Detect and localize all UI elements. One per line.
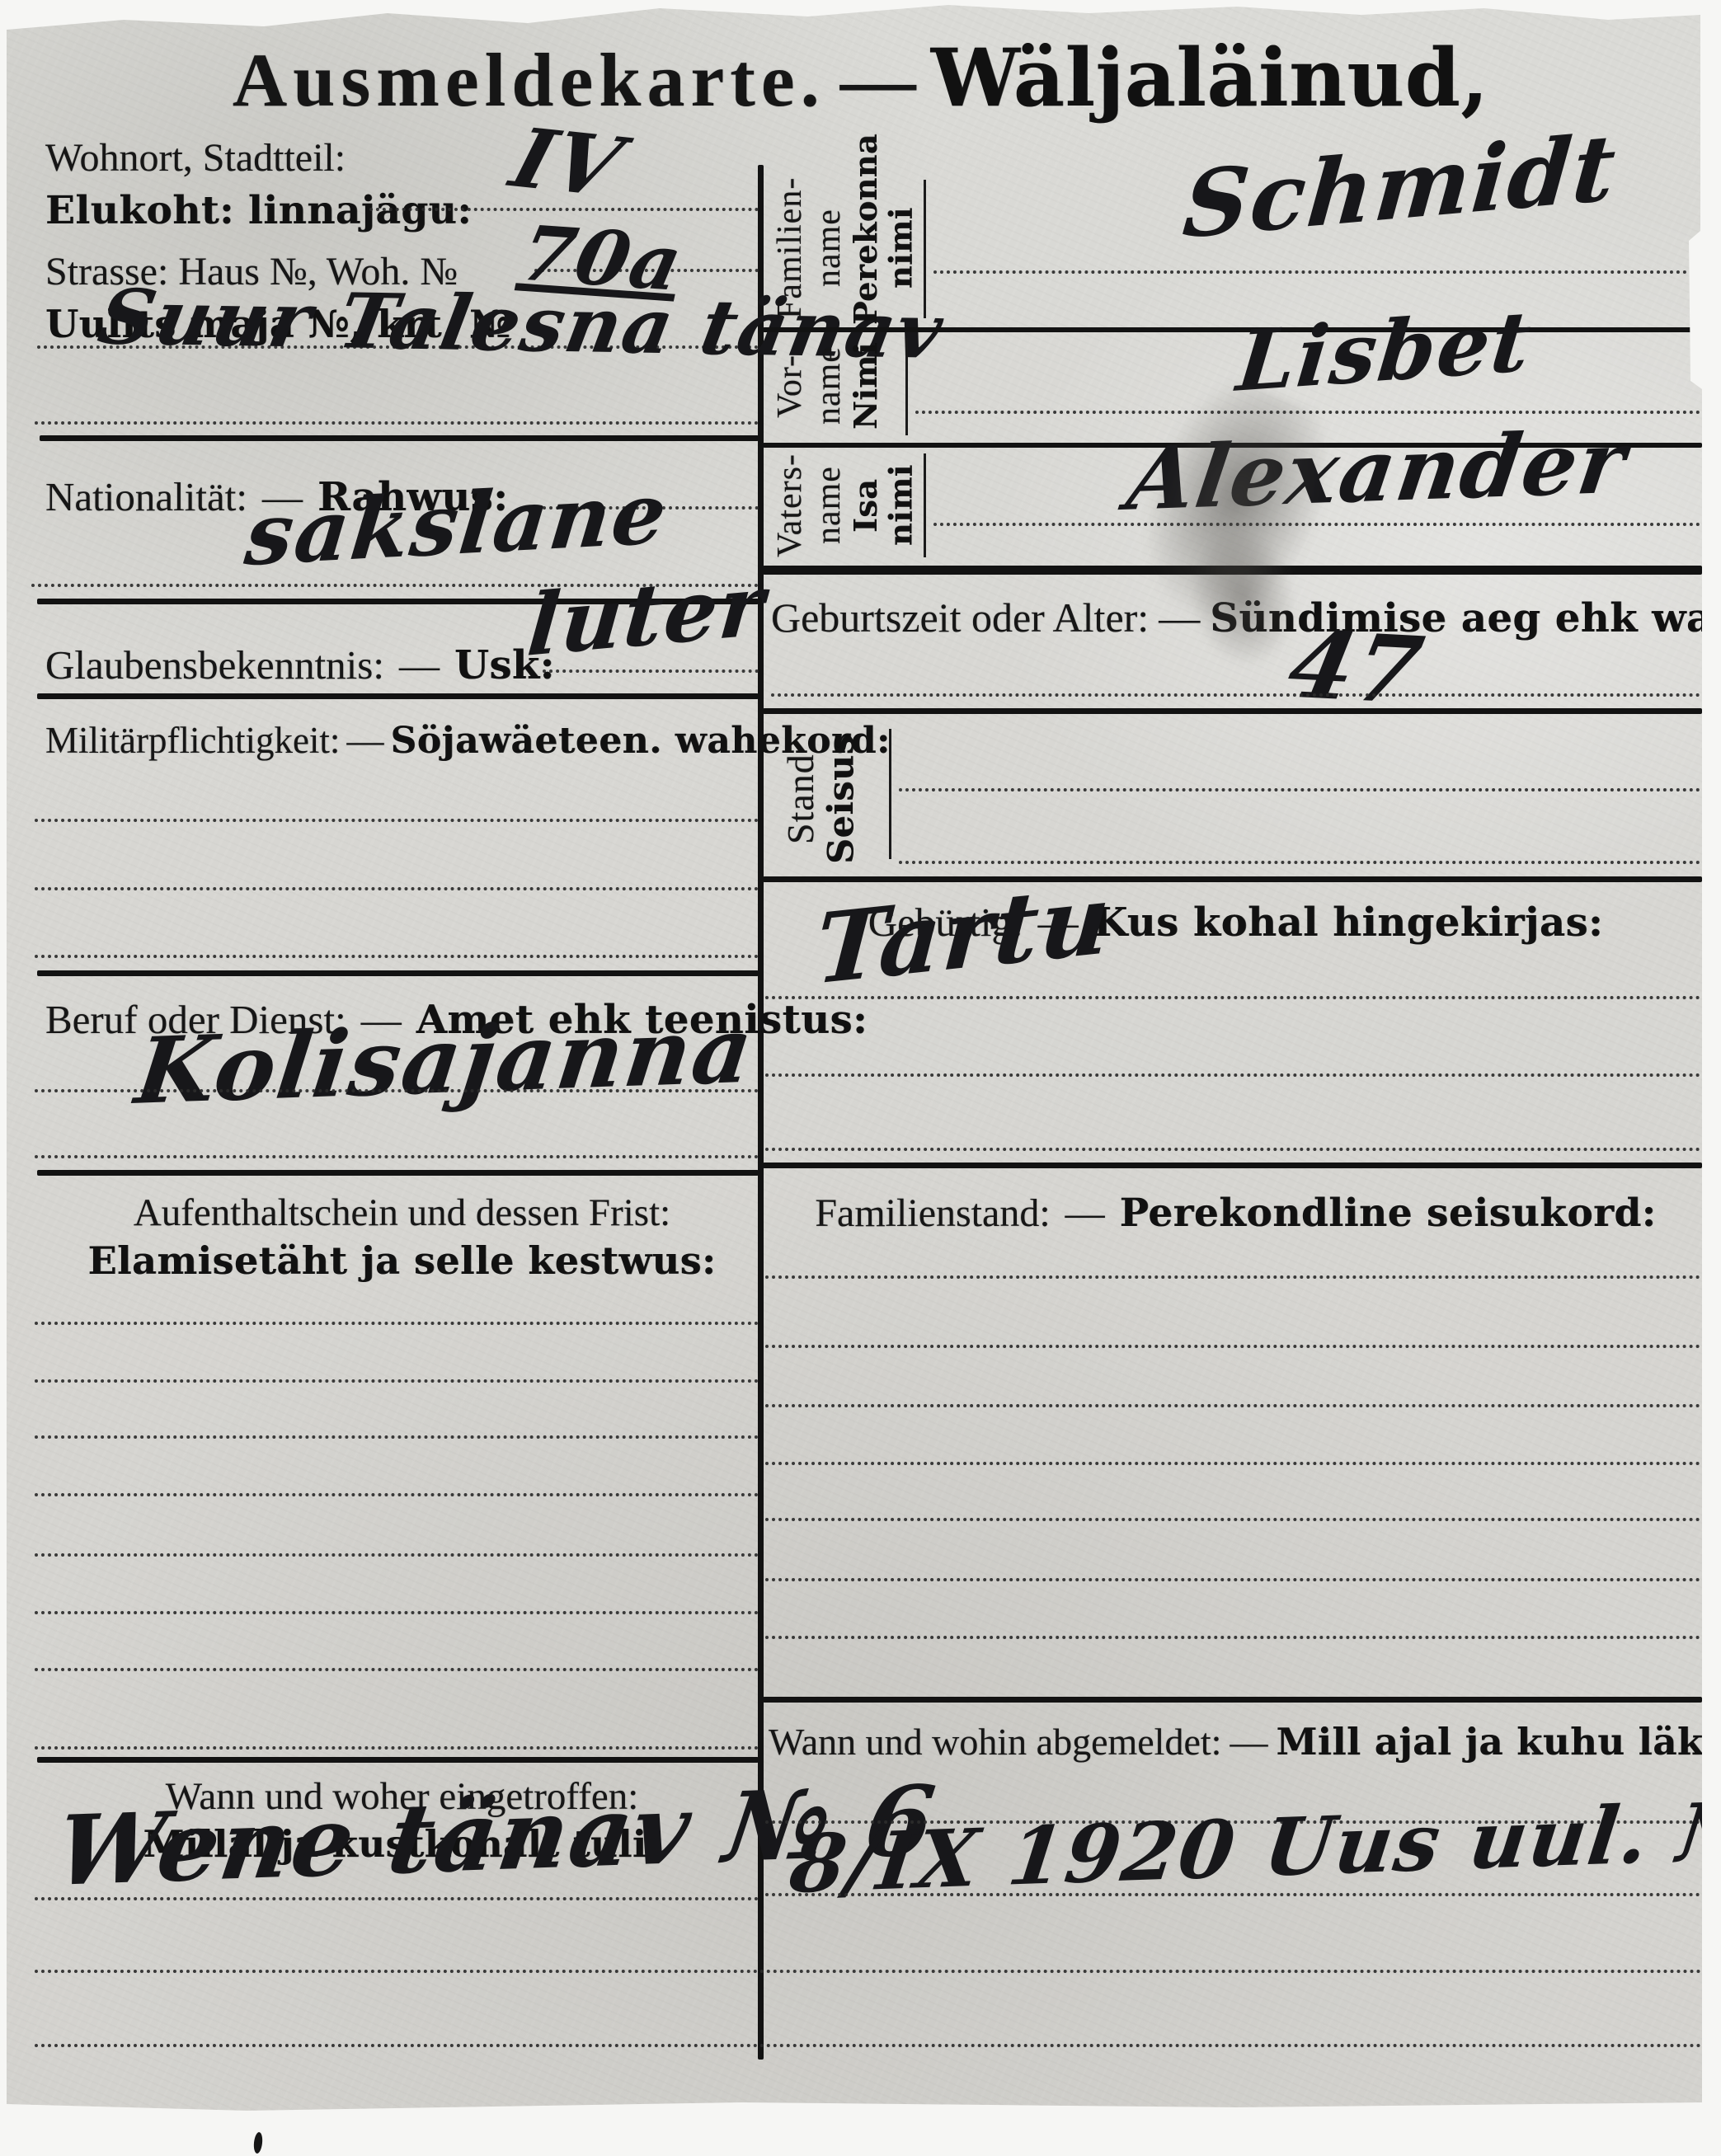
family-name-write-line [933, 270, 1700, 274]
family-status-line-1 [765, 1275, 1700, 1279]
section-rule [37, 970, 759, 976]
family-name-label-de-2: name [810, 171, 849, 325]
first-name-label-de-2: name [810, 333, 849, 439]
family-name-label-de-1: Familien- [771, 171, 810, 325]
origin-value: Tartu [812, 862, 1115, 1007]
permit-line-6 [35, 1611, 759, 1614]
occupation-value: Kolisajanna [130, 996, 759, 1125]
section-rule [37, 693, 759, 699]
family-status-line-4 [765, 1462, 1700, 1465]
scanned-card: Ausmeldekarte. — Wäljaläinud, Wohnort, S… [0, 0, 1721, 2156]
title-dash: — [829, 38, 928, 122]
family-status-label: Familienstand: — Perekondline seisukord: [771, 1191, 1700, 1236]
departure-dash: — [1225, 1721, 1272, 1763]
section-rule [763, 708, 1702, 714]
departure-label-et: Mill ajal ja kuhu läks: [1276, 1720, 1721, 1764]
label-separator [889, 729, 891, 859]
occupation-extra-line [35, 1155, 759, 1158]
section-rule [37, 1757, 759, 1763]
residence-label-de: Wohnort, Stadtteil: [45, 135, 346, 181]
row-separator [763, 327, 1702, 332]
status-line-1 [899, 788, 1700, 791]
father-name-label: Vaters- name Isa nimi [771, 449, 919, 562]
military-line-2 [35, 887, 759, 890]
religion-label-de: Glaubensbekenntnis: [45, 642, 384, 688]
ink-dot [253, 2132, 264, 2154]
section-rule [763, 1163, 1702, 1168]
bottom-line-1 [35, 1970, 1702, 1973]
permit-line-4 [35, 1493, 759, 1496]
family-name-label: Familien- name Perekonna nimi [771, 171, 919, 325]
departure-label-de: Wann und wohin abgemeldet: [769, 1721, 1221, 1763]
first-name-label-et-1: Nimi [849, 333, 884, 439]
father-name-label-et-1: Isa [849, 449, 884, 562]
origin-write-line [765, 996, 1700, 999]
label-separator [924, 180, 926, 318]
first-name-label: Vor- name Nimi [771, 333, 884, 439]
religion-dash: — [388, 642, 451, 688]
family-status-dash: — [1054, 1191, 1117, 1235]
military-label: Militärpflichtigkeit: — Söjawäeteen. wah… [45, 719, 891, 762]
address-extra-line [35, 421, 759, 425]
section-rule [763, 1697, 1702, 1703]
origin-extra-line-1 [765, 1073, 1700, 1077]
father-name-label-de-1: Vaters- [771, 449, 810, 562]
status-label-et: Seisus [822, 722, 862, 876]
family-name-value: Schmidt [1179, 114, 1621, 259]
family-status-label-et: Perekondline seisukord: [1120, 1191, 1657, 1236]
permit-line-7 [35, 1668, 759, 1671]
bottom-line-2 [35, 2044, 1702, 2047]
military-dash: — [343, 720, 387, 761]
permit-label-et: Elamisetäht ja selle kestwus: [45, 1238, 759, 1283]
family-status-line-5 [765, 1518, 1700, 1521]
card-paper: Ausmeldekarte. — Wäljaläinud, Wohnort, S… [0, 0, 1721, 2156]
military-line-3 [35, 955, 759, 958]
label-separator [905, 338, 908, 435]
family-status-line-6 [765, 1578, 1700, 1581]
permit-line-1 [35, 1322, 759, 1325]
religion-value: luter [524, 555, 769, 676]
section-rule [37, 1170, 759, 1176]
first-name-label-de-1: Vor- [771, 333, 810, 439]
status-line-2 [899, 861, 1700, 864]
status-label-de: Stand [779, 722, 822, 876]
nationality-label-de: Nationalität: [45, 474, 247, 519]
family-name-label-et-1: Perekonna [849, 171, 884, 325]
page-title: Ausmeldekarte. — Wäljaläinud, [0, 31, 1721, 124]
section-rule [40, 435, 759, 441]
military-line-1 [35, 819, 759, 822]
permit-line-5 [35, 1553, 759, 1557]
family-name-label-et-2: nimi [884, 171, 919, 325]
military-label-de: Militärpflichtigkeit: [45, 720, 340, 761]
permit-line-8 [35, 1746, 759, 1750]
first-name-value: Lisbet [1233, 292, 1536, 411]
departure-label: Wann und wohin abgemeldet: — Mill ajal j… [769, 1720, 1721, 1764]
origin-label-et: Kus kohal hingekirjas: [1093, 900, 1604, 946]
occupation-write-line [35, 1089, 759, 1092]
label-separator [924, 453, 926, 557]
section-rule [763, 876, 1702, 882]
permit-line-3 [35, 1435, 759, 1439]
father-name-label-et-2: nimi [884, 449, 919, 562]
district-value: IV [501, 110, 634, 216]
title-estonian: Wäljaläinud, [931, 31, 1488, 124]
origin-extra-line-2 [765, 1148, 1700, 1151]
permit-label-de: Aufenthaltschein und dessen Frist: [45, 1191, 759, 1235]
departure-write-line [765, 1893, 1700, 1896]
family-status-line-3 [765, 1404, 1700, 1407]
birth-write-line [771, 693, 1700, 697]
family-status-line-7 [765, 1636, 1700, 1639]
arrival-write-line [35, 1897, 759, 1900]
family-status-line-2 [765, 1345, 1700, 1348]
family-status-label-de: Familienstand: [815, 1191, 1050, 1235]
religion-label: Glaubensbekenntnis: — Usk: [45, 641, 555, 688]
status-label: Stand Seisus [779, 722, 862, 876]
birth-label-de: Geburtszeit oder Alter: [771, 594, 1149, 641]
permit-line-2 [35, 1379, 759, 1383]
father-name-label-de-2: name [810, 449, 849, 562]
